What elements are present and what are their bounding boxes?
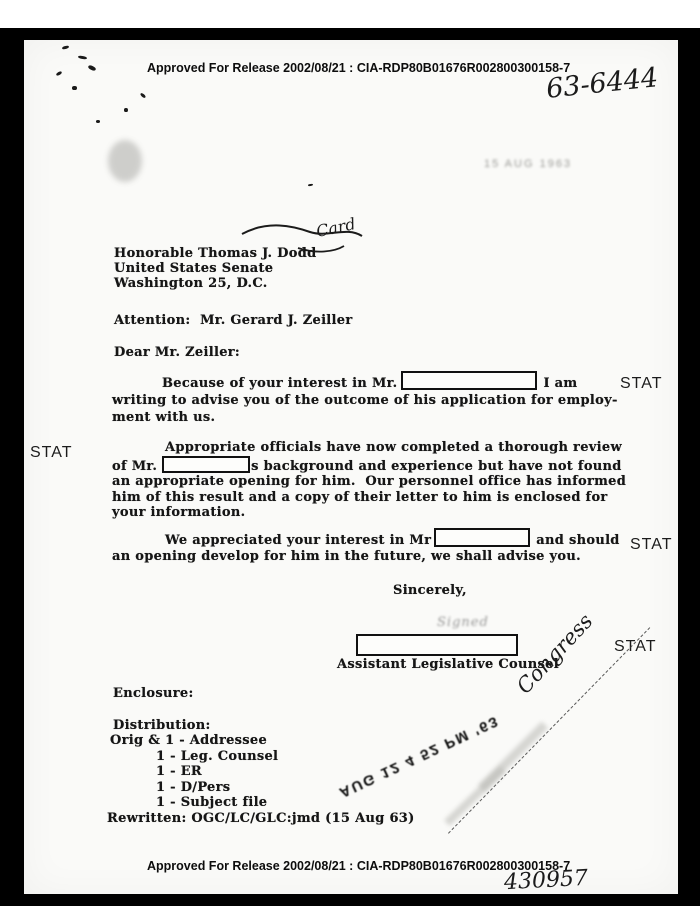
handwritten-doc-number: 430957 xyxy=(503,866,588,895)
salutation: Dear Mr. Zeiller: xyxy=(114,345,240,360)
recipient-org: United States Senate xyxy=(114,261,273,276)
distribution-item: 1 - ER xyxy=(156,764,202,779)
p3-text: We appreciated your interest in Mr xyxy=(165,533,431,548)
p1-text: ment with us. xyxy=(112,410,618,427)
ink-speck xyxy=(124,108,128,112)
distribution-item: 1 - Subject file xyxy=(156,795,267,810)
p2-text: an appropriate opening for him. Our pers… xyxy=(112,474,626,490)
attention-line: Attention: Mr. Gerard J. Zeiller xyxy=(114,313,353,328)
recipient-name: Honorable Thomas J. Dodd xyxy=(114,246,317,261)
scanned-document: Approved For Release 2002/08/21 : CIA-RD… xyxy=(0,0,700,906)
paragraph-3: We appreciated your interest in Mrand sh… xyxy=(112,528,620,565)
p2-text: him of this result and a copy of their l… xyxy=(112,490,626,506)
p2-text: of Mr. xyxy=(112,459,157,474)
redaction-box-signature xyxy=(356,634,518,656)
p1-text: writing to advise you of the outcome of … xyxy=(112,393,618,410)
distribution-item: 1 - D/Pers xyxy=(156,780,230,795)
distribution-item: 1 - Leg. Counsel xyxy=(156,749,278,764)
ink-speck xyxy=(72,86,77,90)
recipient-city: Washington 25, D.C. xyxy=(114,276,268,291)
ink-smudge xyxy=(108,140,142,182)
distribution-item: Orig & 1 - Addressee xyxy=(110,733,267,748)
paragraph-1: Because of your interest in Mr.I am writ… xyxy=(112,371,618,426)
faint-date-stamp: 15 AUG 1963 xyxy=(484,158,572,170)
enclosure-line: Enclosure: xyxy=(113,686,194,701)
redaction-box-1 xyxy=(401,371,537,390)
scan-border-top xyxy=(0,28,700,40)
stat-marker: STAT xyxy=(630,536,673,554)
p3-text: and should xyxy=(536,533,619,548)
rewritten-line: Rewritten: OGC/LC/GLC:jmd (15 Aug 63) xyxy=(107,811,415,826)
scan-border-right xyxy=(678,30,700,906)
ink-speck xyxy=(96,120,100,123)
stat-marker: STAT xyxy=(30,444,73,462)
distribution-heading: Distribution: xyxy=(113,718,211,733)
redaction-box-2 xyxy=(162,456,250,473)
p1-text: I am xyxy=(543,376,577,391)
redaction-box-3 xyxy=(434,528,530,547)
classification-header: Approved For Release 2002/08/21 : CIA-RD… xyxy=(147,61,570,75)
p2-text: s background and experience but have not… xyxy=(251,459,622,474)
stat-marker: STAT xyxy=(620,375,663,393)
p3-text: an opening develop for him in the future… xyxy=(112,549,620,565)
faint-signed-stamp: Signed xyxy=(437,615,489,630)
p2-text: your information. xyxy=(112,505,626,521)
scan-border-bottom xyxy=(0,894,700,906)
p2-text: Appropriate officials have now completed… xyxy=(165,440,622,455)
paragraph-2: Appropriate officials have now completed… xyxy=(112,440,626,521)
closing: Sincerely, xyxy=(393,583,467,598)
p1-text: Because of your interest in Mr. xyxy=(162,376,397,391)
scan-border-left xyxy=(0,36,24,896)
